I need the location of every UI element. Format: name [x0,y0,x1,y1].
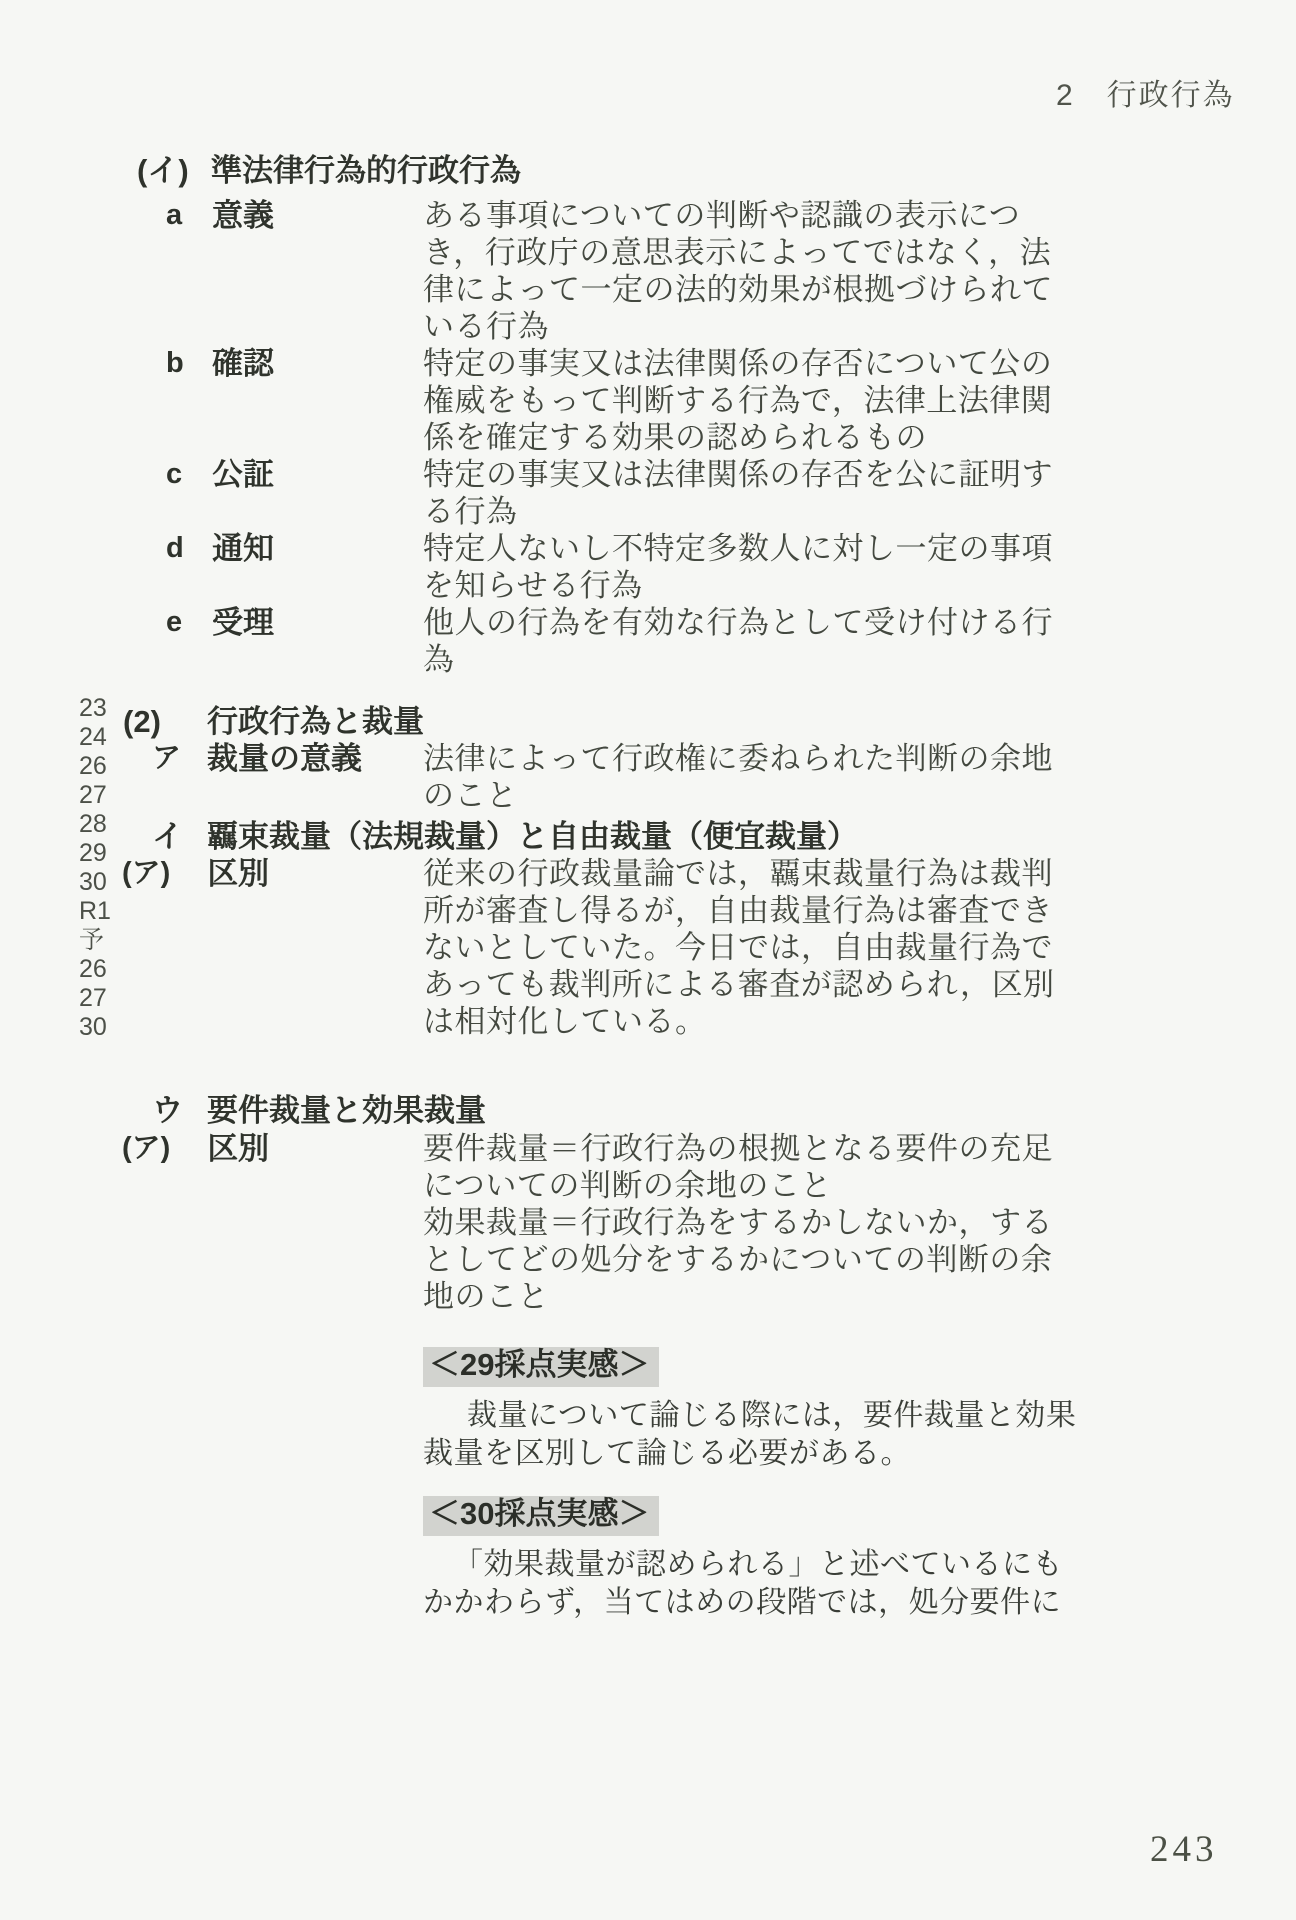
grading-note-badge: ＜30採点実感＞ [423,1496,659,1536]
definition-entry: d 通知 特定人ないし不特定多数人に対し一定の事項 を知らせる行為 [0,530,1120,604]
entry-marker: (ア) [122,855,207,892]
entry-term: 区別 [207,1130,423,1167]
heading-marker: (2) [123,703,207,740]
entry-definition-text: 他人の行為を有効な行為として受け付ける行 為 [423,604,1120,678]
entry-definition-text: 要件裁量＝行政行為の根拠となる要件の充足 についての判断の余地のこと 効果裁量＝… [423,1130,1120,1315]
scanned-textbook-page: 2 行政行為 23 24 26 27 28 29 30 R1 予 26 27 3… [0,0,1296,1920]
heading-title: 要件裁量と効果裁量 [207,1093,486,1128]
grading-note-badge: ＜29採点実感＞ [423,1347,659,1387]
entry-term: 区別 [207,855,423,892]
entry-marker: ア [152,740,207,777]
entry-term: 確認 [212,345,423,382]
entry-definition-text: 特定の事実又は法律関係の存否を公に証明す る行為 [423,456,1120,530]
grading-note-29: ＜29採点実感＞ 裁量について論じる際には，要件裁量と効果 裁量を区別して論じる… [423,1347,1123,1473]
definition-entry: b 確認 特定の事実又は法律関係の存否について公の 権威をもって判断する行為で，… [0,345,1120,456]
entry-term: 裁量の意義 [207,740,423,777]
definition-entry: c 公証 特定の事実又は法律関係の存否を公に証明す る行為 [0,456,1120,530]
grading-note-text: 裁量について論じる際には，要件裁量と効果 裁量を区別して論じる必要がある。 [423,1397,1123,1473]
entry-discretion-meaning: ア 裁量の意義 法律によって行政権に委ねられた判断の余地 のこと [0,740,1120,814]
grading-note-30: ＜30採点実感＞ 「効果裁量が認められる」と述べているにも かかわらず，当てはめ… [423,1496,1123,1622]
entry-marker: a [166,197,212,234]
entry-marker: c [166,456,212,493]
heading-marker: ウ [152,1092,207,1129]
entry-term: 通知 [212,530,423,567]
entry-marker: d [166,530,212,567]
heading-quasi-legal-administrative-acts: (イ)準法律行為的行政行為 [137,152,521,189]
grading-note-list: ＜29採点実感＞ 裁量について論じる際には，要件裁量と効果 裁量を区別して論じる… [423,1347,1123,1622]
entry-requirement-effect-distinction: (ア) 区別 要件裁量＝行政行為の根拠となる要件の充足 についての判断の余地のこ… [0,1130,1120,1315]
page-number: 243 [1150,1828,1218,1871]
heading-requirement-vs-effect-discretion: ウ要件裁量と効果裁量 [152,1092,486,1129]
heading-title: 準法律行為的行政行為 [211,153,521,188]
heading-marker: (イ) [137,152,211,189]
heading-title: 行政行為と裁量 [207,704,424,739]
definition-entry: a 意義 ある事項についての判断や認識の表示につ き，行政庁の意思表示によってで… [0,197,1120,345]
heading-title: 覊束裁量（法規裁量）と自由裁量（便宜裁量） [207,819,858,854]
running-header: 2 行政行為 [1056,70,1235,114]
margin-year: 28 [79,810,149,839]
heading-marker: イ [152,818,207,855]
grading-note-text: 「効果裁量が認められる」と述べているにも かかわらず，当てはめの段階では，処分要… [423,1546,1123,1622]
entry-marker: (ア) [122,1130,207,1167]
entry-term: 公証 [212,456,423,493]
entry-definition-text: 法律によって行政権に委ねられた判断の余地 のこと [423,740,1120,814]
definition-entry: e 受理 他人の行為を有効な行為として受け付ける行 為 [0,604,1120,678]
entry-term: 受理 [212,604,423,641]
entry-term: 意義 [212,197,423,234]
entry-marker: b [166,345,212,382]
entry-definition-text: 特定人ないし不特定多数人に対し一定の事項 を知らせる行為 [423,530,1120,604]
entry-marker: e [166,604,212,641]
definition-list: a 意義 ある事項についての判断や認識の表示につ き，行政庁の意思表示によってで… [0,197,1120,678]
entry-definition-text: 従来の行政裁量論では，覊束裁量行為は裁判 所が審査し得るが，自由裁量行為は審査で… [423,855,1120,1040]
heading-administrative-acts-and-discretion: (2)行政行為と裁量 [123,703,424,740]
entry-definition-text: ある事項についての判断や認識の表示につ き，行政庁の意思表示によってではなく，法… [423,197,1120,345]
heading-bound-vs-free-discretion: イ覊束裁量（法規裁量）と自由裁量（便宜裁量） [152,818,858,855]
entry-definition-text: 特定の事実又は法律関係の存否について公の 権威をもって判断する行為で，法律上法律… [423,345,1120,456]
entry-bound-free-distinction: (ア) 区別 従来の行政裁量論では，覊束裁量行為は裁判 所が審査し得るが，自由裁… [0,855,1120,1040]
